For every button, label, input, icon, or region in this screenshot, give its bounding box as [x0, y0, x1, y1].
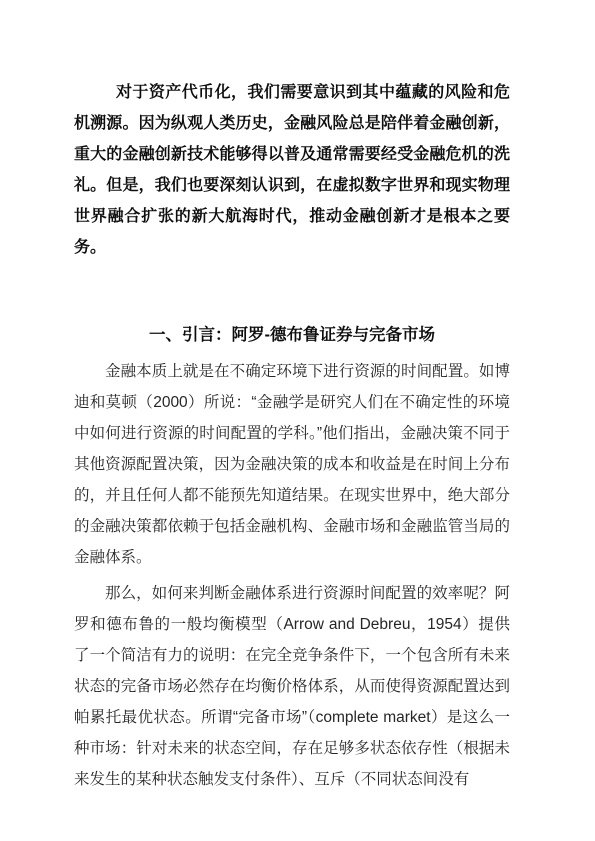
- body-paragraph-2: 那么，如何来判断金融体系进行资源时间配置的效率呢？阿罗和德布鲁的一般均衡模型（A…: [74, 578, 510, 795]
- body-paragraph-1: 金融本质上就是在不确定环境下进行资源的时间配置。如博迪和莫顿（2000）所说：“…: [74, 356, 510, 573]
- document-page: 对于资产代币化，我们需要意识到其中蕴藏的风险和危机溯源。因为纵观人类历史，金融风…: [0, 0, 595, 841]
- intro-paragraph: 对于资产代币化，我们需要意识到其中蕴藏的风险和危机溯源。因为纵观人类历史，金融风…: [74, 77, 510, 263]
- page-text-block: 对于资产代币化，我们需要意识到其中蕴藏的风险和危机溯源。因为纵观人类历史，金融风…: [74, 77, 510, 800]
- section-heading: 一、引言：阿罗-德布鲁证券与完备市场: [74, 320, 510, 351]
